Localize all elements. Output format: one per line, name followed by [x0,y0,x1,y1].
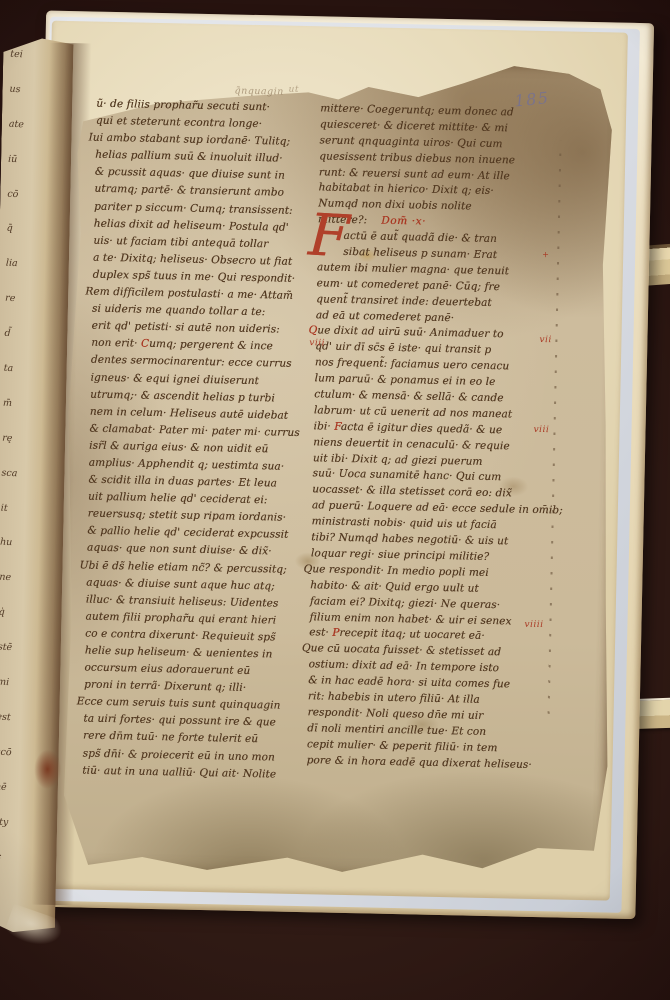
line-segment: ad eā ut comederet panē· [316,309,454,324]
line-segment: proni in terrã· Dixerunt q; illi· [84,679,246,694]
text-fragment: s; [0,852,2,862]
line-segment: & pcussit aquas· que diuise sunt in [95,166,285,182]
red-initial: Q [308,325,317,337]
line-segment: faciam ei? Dixitq; giezi· Ne queras· [310,595,500,611]
line-segment: si uideris me quando tollar a te: [92,303,266,319]
line-segment: helias pallium suū & inuoluit illud· [95,149,283,165]
text-fragment: mi [0,678,9,688]
text-fragment: re [5,294,16,304]
margin-paraph: + [542,250,549,259]
line-segment: aquas· & diuise sunt aque huc atq; [86,576,275,592]
line-segment: erit qd' petisti· si autē non uideris: [91,320,279,336]
text-fragment: ta [3,364,13,374]
line-segment: rere dn̄m tuū· ne forte tulerit eū [83,730,258,746]
text-fragment: tei [10,50,23,60]
line-segment: ibi· [313,420,334,432]
open-book: teiusateiūcōq̄liared̃tam̄ręscaithuneq̇st… [0,0,670,1000]
left-text-column: ũ· de filiis prophar̃u secuti sunt·qui e… [82,98,318,786]
line-segment: utrumq;· & ascendit helias p turbi [90,388,275,404]
line-segment: helie sup heliseum· & uenientes in [85,645,273,661]
spine-fray [0,904,84,970]
margin-numeral: vii [539,335,552,345]
line-segment: cepit mulier· & peperit filiū· in tem [307,738,498,754]
line-segment: uit ibi· Dixit q; ad giezi puerum [313,452,483,468]
line-segment: loquar regi· siue principi militie? [311,547,490,563]
text-fragment: q̇ [0,608,5,618]
line-segment: utramq; partē· & transierunt ambo [94,183,284,199]
line-segment: sibat heliseus p sunam· Erat [343,246,497,261]
line-segment: lum paruū· & ponamus ei in eo le [314,372,495,388]
line-segment: uit pallium helie qd' ceciderat ei: [88,491,268,507]
line-segment: recepit itaq; ut uocaret eā· [339,627,485,642]
text-fragment: cō [7,189,18,199]
text-fragment: scō [0,747,12,757]
line-segment: non erit· [91,337,141,350]
text-fragment: us [9,85,20,95]
text-fragment: ne [0,573,11,583]
line-segment: rit: habebis in utero filiū· At illa [308,690,480,706]
faded-catchline: q̃nquagin [234,86,284,98]
line-segment: quiesceret· & diceret mittite· & mi [320,118,508,134]
line-segment: serunt qnquaginta uiros· Qui cum [319,134,502,150]
line-segment: suū· Uoca sunamitē hanc· Qui cum [312,468,501,484]
text-fragment: d̃ [4,329,11,339]
line-segment: habitabat in hierico· Dixit q; eis· [318,182,493,198]
text-fragment: ate [9,119,25,129]
margin-numeral: viii [533,425,549,435]
line-segment: eum· ut comederet panē· Cūq; fre [316,277,500,293]
line-segment: quent̃ transiret inde: deuertebat [316,293,492,309]
margin-numeral: viiii [524,620,543,630]
text-fragment: iū [8,154,18,164]
text-fragment: it [1,503,8,513]
red-initial: C [141,338,149,350]
line-segment: aquas· que non sunt diuise· & dix̃· [87,542,272,558]
line-segment: igneus· & equi ignei diuiserunt [90,371,259,387]
line-segment: ũ· de filiis prophar̃u secuti sunt· [96,98,270,114]
line-segment: ministrasti nobis· quid uis ut faciā [311,515,496,531]
text-fragment: rę [2,433,13,443]
line-segment: occursum eius adorauerunt eū [84,662,250,677]
line-segment: ostium: dixit ad eā· In tempore isto [308,658,499,674]
line-segment: co e contra dixerunt· Requieuit sps̃ [85,627,276,643]
line-segment: ue dixit ad uirū suū· Animaduer to [317,325,504,341]
line-segment: nos frequent̃: faciamus uero cenacu [315,357,510,373]
line-segment: Que respondit· In medio popli mei [303,563,488,579]
text-fragment: stē [0,643,12,653]
rubric-text: Dom̃ ·x· [367,215,426,228]
line-segment: acta ē igitur dies quedã· & ue [341,421,503,436]
line-segment: actū ē aut̃ quadã die· & tran [343,230,497,245]
line-segment: respondit· Noli queso dn̄e mi uir [307,706,483,722]
line-segment: isr̃l & auriga eius· & non uidit eū [89,439,268,455]
text-fragment: lia [6,259,18,269]
text-fragment: hu [0,538,13,548]
margin-numeral: viii [309,338,325,348]
text-fragment: est [0,712,11,722]
line-segment: qui et steterunt econtra longe· [96,115,262,130]
text-fragment: q̄ [6,224,13,234]
faded-interlinear: ut [288,85,299,95]
line-segment: & scidit illa in duas partes· Et leua [88,474,277,490]
drop-cap-initial-F: F [307,205,350,265]
line-segment: qd' uir dī sc̄s ē iste· qui transit p [315,341,491,357]
text-fragment: sca [1,468,17,478]
manuscript-photo: teiusateiūcōq̄liared̃tam̄ręscaithuneq̇st… [0,0,670,1000]
line-segment: uis· ut faciam tibi antequā tollar [93,234,268,250]
line-segment: umq; pergerent & ince [149,338,273,353]
text-fragment: sty [0,817,8,827]
text-fragment: m̄ [3,399,12,409]
line-segment: habito· & ait· Quid ergo uult ut [310,579,479,595]
line-segment: dī noli mentiri ancille tue· Et con [307,722,486,738]
text-fragment: nē [0,782,7,792]
line-segment: ctulum· & mensā· & sellā· & cande [314,388,504,404]
line-segment: est· [309,627,332,639]
